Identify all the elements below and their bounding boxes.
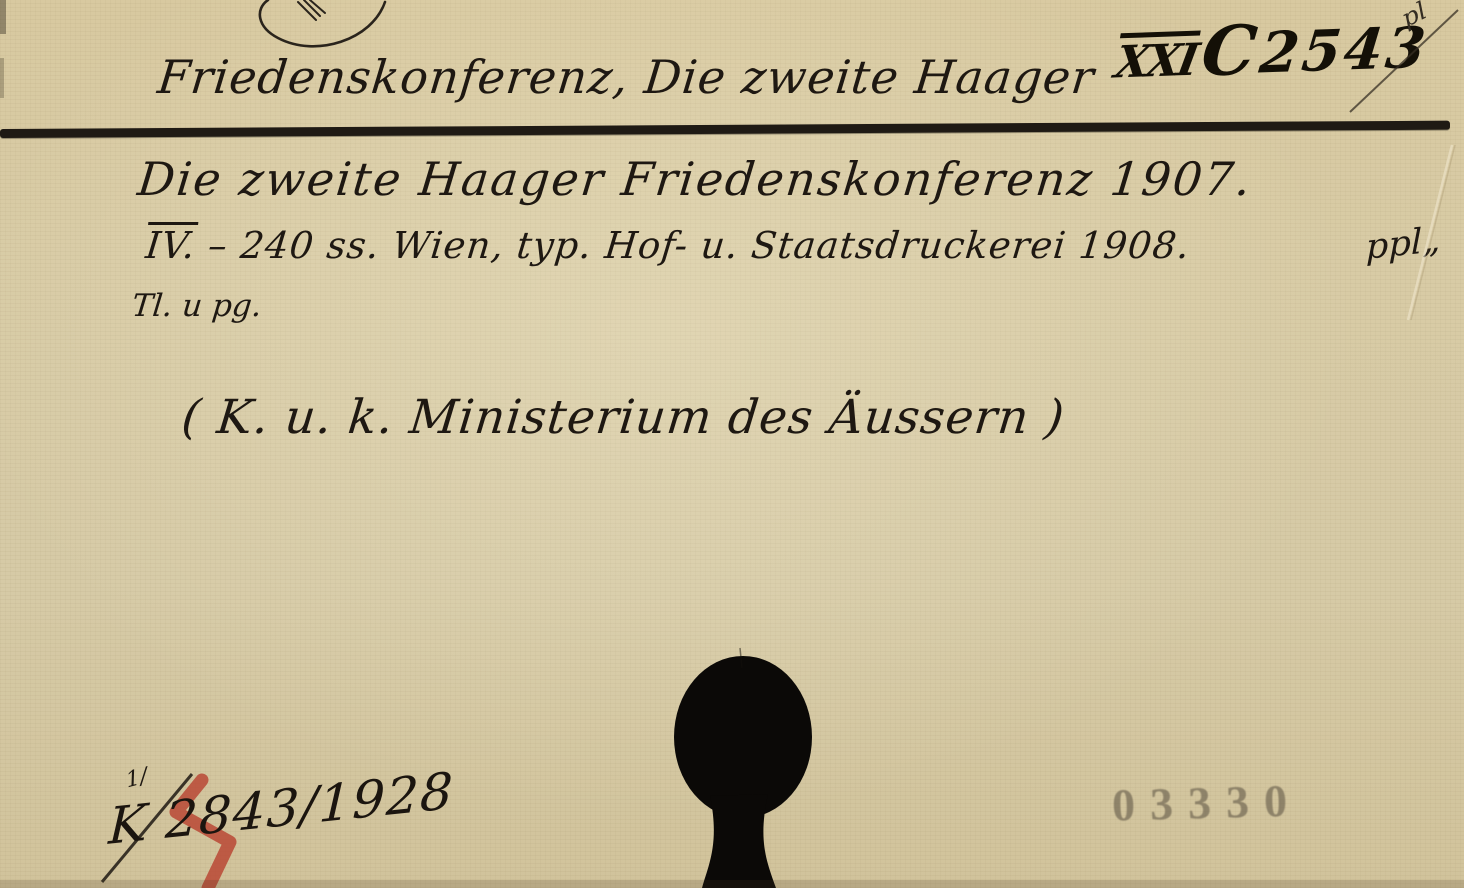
title-line: Die zweite Haager Friedenskonferenz 1907… [135,152,1255,206]
heading-entry: Friedenskonferenz, Die zweite Haager [155,50,1097,104]
paper-crease [1380,130,1464,340]
call-number-letter: C [1199,22,1259,82]
punch-hole [636,646,848,888]
scan-edge-band [0,880,1464,888]
scan-edge-smudge [0,58,4,98]
collation-line: IV. – 240 ss. Wien, typ. Hof- u. Staatsd… [144,222,1193,267]
catalog-card: Friedenskonferenz, Die zweite Haager XXI… [0,0,1464,888]
size-note: Tl. u pg. [130,288,263,324]
imprint-text: – 240 ss. Wien, typ. Hof- u. Staatsdruck… [193,224,1192,267]
horizontal-rule [0,121,1450,138]
call-number-series: XXI [1112,30,1201,85]
volume-numeral: IV. [144,222,198,267]
scan-edge-smudge [0,0,6,34]
corporate-author-line: ( K. u. k. Ministerium des Äussern ) [179,390,1067,445]
accession-stamp: 03330 [1111,774,1302,832]
